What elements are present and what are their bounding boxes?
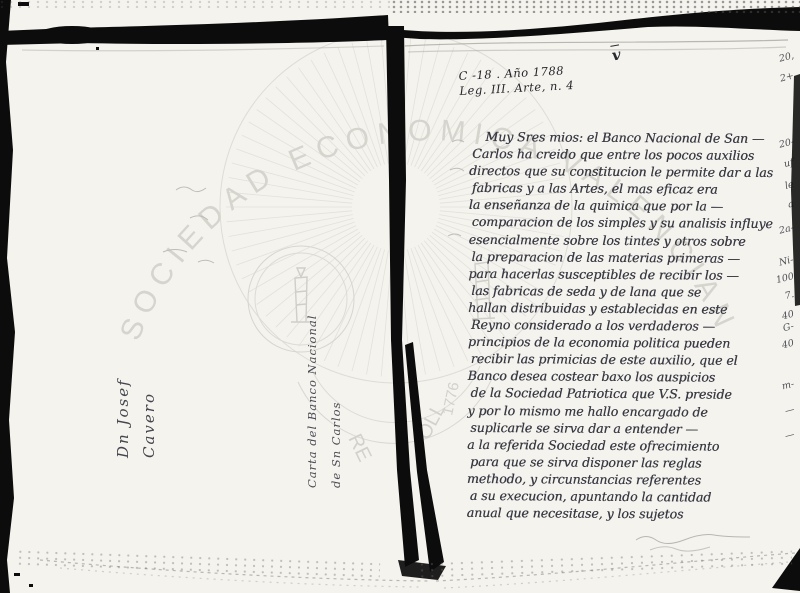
rotated-gutter-line: de Sn Carlos: [324, 315, 348, 488]
watermark-stamp: SOCIEDAD ECONOMICA VALENCIANA RE OLL 177…: [0, 0, 800, 593]
letter-line: methodo, y circunstancias referentes: [467, 470, 781, 489]
margin-fragment: —: [783, 404, 795, 417]
left-page-rotated-note: Dn JosefCavero: [110, 378, 162, 458]
letter-line: y por lo mismo me hallo encargado de: [467, 401, 781, 420]
scan-frame-marks: [0, 0, 800, 593]
rotated-note-line: Cavero: [136, 378, 162, 458]
margin-fragment: G-: [782, 321, 795, 334]
margin-fragment: a: [787, 198, 795, 210]
letter-line: para que se sirva disponer las reglas: [470, 453, 781, 472]
margin-fragment: 2+: [779, 70, 795, 84]
scan-noise-bottom-right: [420, 550, 792, 579]
letter-line: directos que su constitucion le permite …: [469, 162, 783, 181]
letter-line: fabricas y a las Artes, el mas eficaz er…: [472, 179, 783, 198]
left-page-gutter-note: Carta del Banco Nacionalde Sn Carlos: [300, 315, 348, 488]
letter-line: las fabricas de seda y de lana que se: [471, 282, 782, 301]
margin-fragment: Ni-: [778, 254, 795, 268]
watermark-tower-emblems: [291, 262, 495, 322]
watermark-fragment-right: OLL: [413, 400, 450, 444]
letter-line: a la referida Sociedad este ofrecimiento: [467, 436, 781, 455]
right-margin-fragments: 20,2+20-uflea2a-Ni-1007.40G-40m-——: [756, 0, 800, 593]
rotated-gutter-line: Carta del Banco Nacional: [300, 315, 324, 488]
margin-fragment: le: [784, 179, 795, 192]
margin-fragment: 100: [775, 271, 795, 286]
margin-fragment: 40: [781, 338, 795, 352]
check-flourish-mark: v: [611, 45, 623, 64]
rotated-note-line: Dn Josef: [110, 378, 136, 458]
margin-fragment: 2a-: [778, 222, 795, 236]
watermark-year: 1776: [439, 381, 463, 417]
bleedthrough-smudges: [163, 140, 750, 551]
margin-fragment: 20,: [778, 50, 795, 64]
letter-line: la enseñanza de la quimica que por la —: [469, 196, 783, 215]
letter-text-block: Muy Sres mios: el Banco Nacional de San …: [467, 128, 784, 523]
letter-line: hallan distribuidas y establecidas en es…: [468, 299, 782, 318]
letter-line: Muy Sres mios: el Banco Nacional de San …: [485, 128, 783, 147]
scan-frame: [0, 0, 800, 593]
scan-noise-top-right: [392, 0, 800, 13]
letter-line: comparacion de los simples y su analisis…: [472, 213, 783, 232]
archival-annotation-line1: C -18 . Año 1788: [458, 63, 573, 84]
scan-noise-bottom-left: [18, 550, 380, 581]
letter-line: anual que necesitase, y los sujetos: [467, 504, 781, 523]
margin-fragment: uf: [783, 157, 795, 170]
letter-line: suplicarle se sirva dar a entender —: [470, 419, 781, 438]
watermark-fragments: RE OLL 1776: [344, 381, 463, 466]
letter-line: Banco desea costear baxo los auspicios: [468, 367, 782, 386]
margin-fragment: m-: [781, 379, 796, 393]
watermark-fragment-left: RE: [344, 431, 376, 466]
letter-line: esencialmente sobre los tintes y otros s…: [469, 230, 783, 249]
letter-line: Carlos ha creido que entre los pocos aux…: [472, 145, 783, 164]
watermark-ring-text: SOCIEDAD ECONOMICA VALENCIANA: [0, 0, 744, 345]
margin-fragment: 7.: [784, 289, 795, 302]
letter-line: la preparacion de las materias primeras …: [471, 248, 782, 267]
archival-annotation-line2: Leg. III. Arte, n. 4: [459, 78, 574, 99]
scan-noise-top-left: [0, 0, 390, 8]
letter-line: de la Sociedad Patriotica que V.S. presi…: [470, 384, 781, 403]
page-edge-lines: [22, 40, 795, 588]
margin-fragment: —: [783, 429, 795, 442]
letter-line: para hacerlas susceptibles de recibir lo…: [468, 265, 782, 284]
letter-line: recibir las primicias de este auxilio, q…: [471, 350, 782, 369]
watermark-sunburst: [220, 31, 572, 443]
text-layer: C -18 . Año 1788 Leg. III. Arte, n. 4 v …: [0, 0, 800, 593]
margin-fragment: 40: [781, 309, 795, 323]
archival-annotation: C -18 . Año 1788 Leg. III. Arte, n. 4: [458, 63, 574, 99]
letter-line: a su execucion, apuntando la cantidad: [470, 487, 781, 506]
letter-line: Reyno considerado a los verdaderos —: [471, 316, 782, 335]
letter-line: principios de la economia politica puede…: [468, 333, 782, 352]
margin-fragment: 20-: [778, 136, 796, 150]
manuscript-scan: { "document": { "kind": "scanned manuscr…: [0, 0, 800, 593]
